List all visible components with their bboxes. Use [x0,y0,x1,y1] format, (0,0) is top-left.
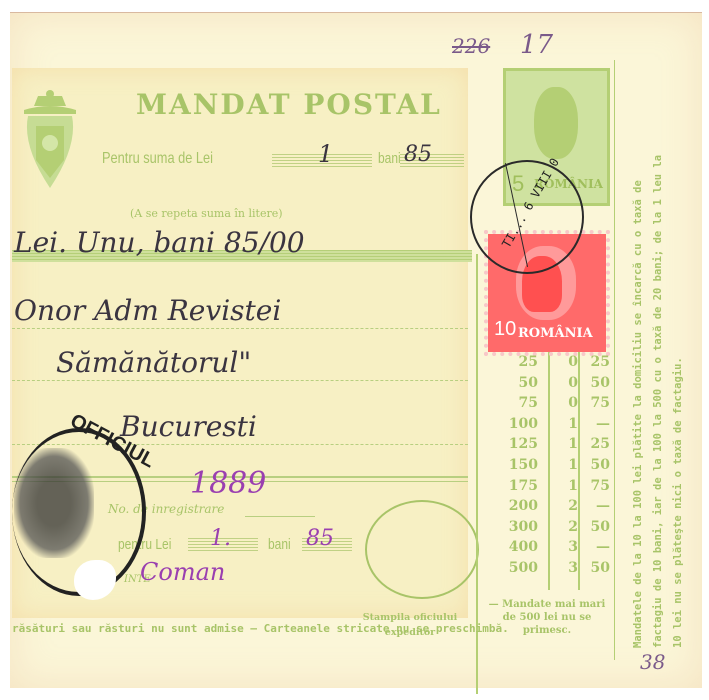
fee-table-cell: 50 [578,455,610,476]
recipient-name[interactable]: Onor Adm Revistei [14,294,281,327]
bani-label: bani [378,150,401,167]
fee-table-cell: 100 [478,414,538,435]
recipient-line-1 [12,328,468,329]
top-number: 17 [520,30,553,60]
fee-table-row: 50050 [478,373,610,394]
fee-table-cell: 1 [538,434,578,455]
fee-table-cell: 3 [538,558,578,579]
stamp-value: 10 [494,318,516,341]
top-number-struck: 226 [452,34,490,58]
fee-table-cell: 1 [538,414,578,435]
fee-table-cell: 0 [538,373,578,394]
stamp-country: ROMÂNIA [518,326,593,341]
fee-table-cell: 2 [538,496,578,517]
seal-emblem-icon [14,448,94,558]
fee-table-row: 75075 [478,393,610,414]
fee-table-cell: 400 [478,537,538,558]
fee-table-cell: 3 [538,537,578,558]
fee-table-cell: 1 [538,455,578,476]
fee-table-cell: 25 [478,352,538,373]
fee-table-cell: 50 [578,558,610,579]
fee-table-cell: 50 [578,373,610,394]
fee-table-cell: — [578,414,610,435]
signature[interactable]: Coman [140,558,225,586]
fee-table-cell: 0 [538,393,578,414]
side-text-divider [614,60,615,660]
fee-table-cell: 50 [478,373,538,394]
fee-table-row: 1001— [478,414,610,435]
fee-table: 2502550050750751001—12512515015017517520… [478,352,610,579]
received-bani[interactable]: 85 [306,526,334,551]
registration-number[interactable]: 1889 [190,466,266,501]
destination[interactable]: Bucuresti [120,410,257,443]
postmark: TI... 6 VIII 0 [470,160,584,274]
fee-table-row: 25025 [478,352,610,373]
fee-table-cell: — [578,537,610,558]
fee-table-cell: 50 [578,517,610,538]
fee-table-cell: — [578,496,610,517]
fee-table-cell: 75 [578,476,610,497]
fee-table-row: 150150 [478,455,610,476]
recipient-line-2 [12,380,468,381]
fee-table-cell: 75 [578,393,610,414]
fee-table-row: 4003— [478,537,610,558]
fee-table-cell: 2 [538,517,578,538]
fee-table-row: 175175 [478,476,610,497]
received-lei[interactable]: 1. [210,526,231,551]
fee-table-cell: 150 [478,455,538,476]
bottom-number: 38 [640,650,665,674]
received-bani-label: bani [268,536,291,553]
fee-table-cell: 300 [478,517,538,538]
fee-table-cell: 25 [578,434,610,455]
fee-table-cell: 500 [478,558,538,579]
side-text-line-2: factagiu de 10 bani, iar de la 100 la 50… [652,155,664,648]
fee-table-cell: 175 [478,476,538,497]
footer-notice: răsături sau răsturi nu sunt admise — Ca… [12,622,509,635]
registration-underline [245,516,315,517]
sender-office-stamp-area [365,500,479,599]
fee-table-cell: 200 [478,496,538,517]
fee-table-cell: 1 [538,476,578,497]
fee-table-cell: 125 [478,434,538,455]
amount-in-words[interactable]: Lei. Unu, bani 85/00 [14,226,305,259]
side-text-line-1: Mandatele de la 10 la 100 lei plătite la… [632,180,644,648]
fee-table-row: 125125 [478,434,610,455]
repeat-in-words-label: (A se repeta suma în litere) [130,207,283,220]
postmark-text: TI... 6 VIII 0 [499,156,562,251]
fee-table-row: 2002— [478,496,610,517]
fee-table-cell: 0 [538,352,578,373]
king-portrait-icon [534,87,578,159]
fee-table-cell: 75 [478,393,538,414]
recipient-name-2[interactable]: Sămănătorul" [56,346,251,379]
coat-of-arms-icon [14,88,86,200]
fee-table-row: 300250 [478,517,610,538]
sum-label: Pentru suma de Lei [102,150,213,168]
form-title: MANDAT POSTAL [136,88,442,121]
bani-value[interactable]: 85 [404,142,432,167]
fee-table-row: 500350 [478,558,610,579]
side-text-line-3: 10 lei nu se plăteşte nici o taxă de fac… [672,357,684,648]
lei-value[interactable]: 1 [318,140,333,168]
fee-table-cell: 25 [578,352,610,373]
